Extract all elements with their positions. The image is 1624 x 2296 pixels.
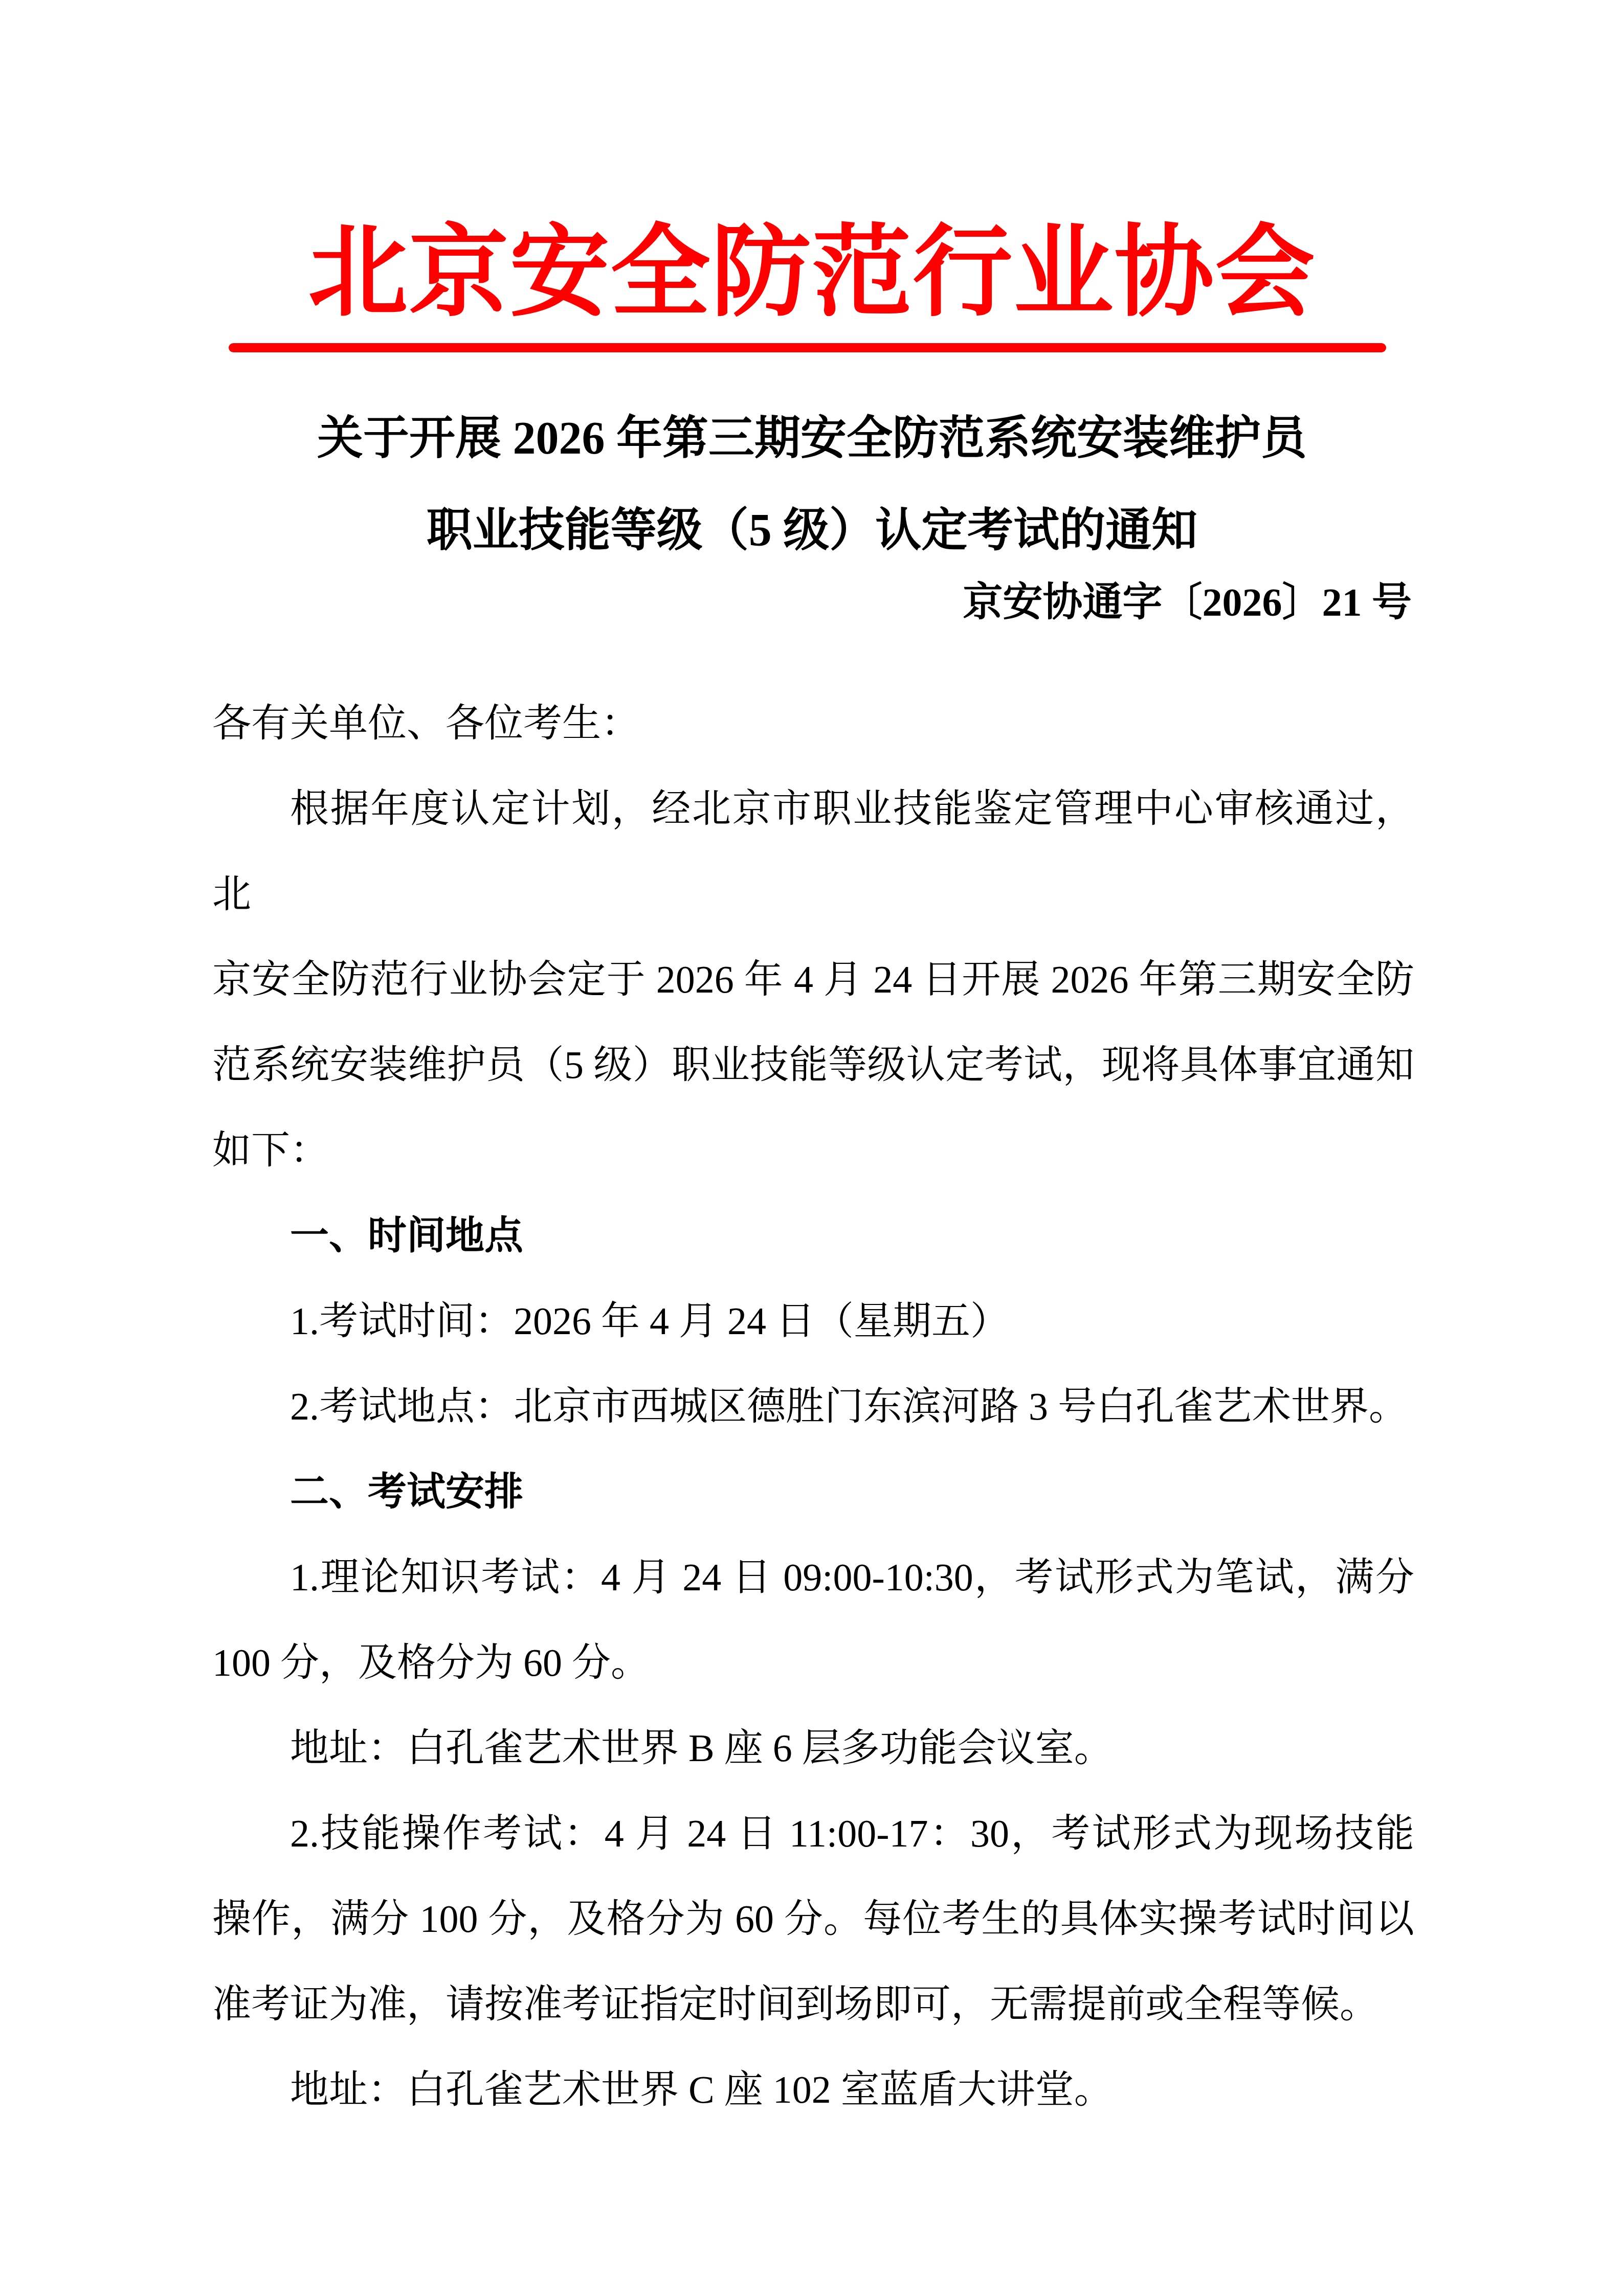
document-line: 1.考试时间：2026 年 4 月 24 日（星期五） bbox=[212, 1279, 1414, 1364]
document-line: 地址：白孔雀艺术世界 C 座 102 室蓝盾大讲堂。 bbox=[212, 2047, 1414, 2133]
document-body: 各有关单位、各位考生：根据年度认定计划，经北京市职业技能鉴定管理中心审核通过，北… bbox=[212, 681, 1414, 2133]
document-line: 各有关单位、各位考生： bbox=[212, 681, 1414, 767]
document-line: 范系统安装维护员（5 级）职业技能等级认定考试，现将具体事宜通知 bbox=[212, 1023, 1414, 1108]
document-line: 京安全防范行业协会定于 2026 年 4 月 24 日开展 2026 年第三期安… bbox=[212, 937, 1414, 1023]
document-line: 2.技能操作考试：4 月 24 日 11:00-17：30，考试形式为现场技能 bbox=[212, 1791, 1414, 1877]
notice-title-line2: 职业技能等级（5 级）认定考试的通知 bbox=[0, 485, 1624, 577]
document-line: 100 分，及格分为 60 分。 bbox=[212, 1620, 1414, 1706]
document-line: 二、考试安排 bbox=[212, 1450, 1414, 1535]
document-line: 操作，满分 100 分，及格分为 60 分。每位考生的具体实操考试时间以 bbox=[212, 1877, 1414, 1962]
notice-document: 北京安全防范行业协会 关于开展 2026 年第三期安全防范系统安装维护员 职业技… bbox=[0, 0, 1624, 2296]
document-line: 一、时间地点 bbox=[212, 1194, 1414, 1279]
notice-title-line1: 关于开展 2026 年第三期安全防范系统安装维护员 bbox=[0, 393, 1624, 485]
document-line: 地址：白孔雀艺术世界 B 座 6 层多功能会议室。 bbox=[212, 1706, 1414, 1791]
letterhead-rule bbox=[229, 343, 1386, 352]
document-line: 如下： bbox=[212, 1108, 1414, 1194]
document-line: 2.考试地点：北京市西城区德胜门东滨河路 3 号白孔雀艺术世界。 bbox=[212, 1364, 1414, 1450]
document-line: 1.理论知识考试：4 月 24 日 09:00-10:30，考试形式为笔试，满分 bbox=[212, 1535, 1414, 1620]
letterhead-org-title: 北京安全防范行业协会 bbox=[0, 220, 1624, 327]
doc-number: 京安协通字〔2026〕21 号 bbox=[212, 577, 1412, 628]
document-line: 准考证为准，请按准考证指定时间到场即可，无需提前或全程等候。 bbox=[212, 1962, 1414, 2047]
document-line: 根据年度认定计划，经北京市职业技能鉴定管理中心审核通过，北 bbox=[212, 767, 1414, 937]
